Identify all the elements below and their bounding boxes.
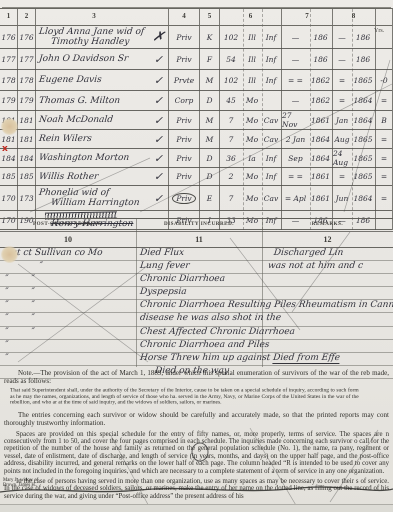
cell-arm: Inf — [262, 149, 280, 167]
column-number: 11 — [136, 235, 262, 244]
table-row: 179 179 Thomas G. Milton ✓ Corp D 45 Mo … — [0, 91, 392, 111]
cell-discharge-year: 1865 — [352, 168, 374, 185]
cell-state: Ill — [243, 26, 261, 48]
cell-check-mark: ✓ — [150, 111, 167, 129]
cell-check-mark: ✓ — [150, 70, 167, 90]
cell-length-of-service: = — [376, 149, 392, 167]
cell-company: M — [200, 130, 219, 148]
cell-discharge-year: 1865 — [352, 70, 374, 90]
lower-rows: Put ct Sullivan co MoDied Flux Discharge… — [0, 248, 393, 379]
cell-company: F — [200, 49, 219, 69]
cell-enlist-year: 1864 — [310, 130, 331, 148]
disability-entry: Chronic Diarrhoea Resulting Piles Rheuma… — [139, 300, 393, 310]
column-number: 10 — [0, 235, 136, 244]
example-line: Brown, James H., — [3, 483, 37, 488]
column-number: 3 — [36, 12, 152, 20]
post-office-entry: ″ — [4, 340, 8, 350]
column-number: 1 — [0, 12, 17, 20]
punch-hole-stain — [1, 118, 18, 135]
cell-regiment: 7 — [220, 130, 242, 148]
column-number: 8 — [333, 12, 374, 20]
punch-hole-stain — [1, 246, 18, 263]
cell-family-number: 181 — [18, 111, 35, 129]
cell-discharge-day: — — [333, 26, 351, 48]
cell-rank: Corp — [169, 91, 199, 110]
name-line: Timothy Handley — [38, 37, 129, 47]
cell-discharge-day: 24 Aug — [333, 149, 351, 167]
table-row: 181 181 Noah McDonald ✓ Priv M 7 Mo Cav … — [0, 111, 392, 130]
name-line: Washington Morton — [38, 153, 129, 163]
section-number-row: 10 11 12 — [0, 232, 393, 248]
name-line: Eugene Davis — [38, 75, 102, 85]
cell-house-number: 177 — [0, 49, 17, 69]
cell-enlist-year: 186 — [310, 26, 331, 48]
cell-rank: Priv — [169, 168, 199, 185]
cell-name: Noah McDonald — [36, 111, 155, 129]
cell-name: Rein Wilers — [36, 130, 155, 148]
cell-arm: Inf — [262, 70, 280, 90]
table-row: 185 185 Willis Rother ✓ Priv D 2 Mo Inf … — [0, 168, 392, 186]
column-number: 2 — [18, 12, 35, 20]
cell-house-number: 185 — [0, 168, 17, 185]
name-line: Willis Rother — [38, 172, 98, 182]
name-line: Rein Wilers — [38, 134, 92, 144]
entry-row: ″ ″disease he was also shot in the — [0, 313, 393, 326]
cell-length-of-service: = — [376, 91, 392, 110]
cell-name: John O Davidson Sr — [36, 49, 155, 69]
note-paragraph: In the case of persons having served in … — [4, 478, 389, 500]
cell-enlist-year: 1862 — [310, 91, 331, 110]
disability-entry: disease he was also shot in the — [139, 313, 281, 323]
cell-length-of-service — [376, 26, 392, 48]
section-label-row: Post-Office Address. Disability Incurred… — [0, 219, 393, 232]
cell-discharge-year: 186 — [352, 26, 374, 48]
column-number: 12 — [262, 235, 393, 244]
cell-state: Mo — [243, 186, 261, 210]
cell-enlist-day: = = — [282, 70, 309, 90]
cell-arm: Cav — [262, 186, 280, 210]
cell-state: Mo — [243, 111, 261, 129]
cell-regiment: 45 — [220, 91, 242, 110]
note-paragraph: The entries concerning each survivor or … — [4, 411, 389, 427]
cell-discharge-day: = — [333, 168, 351, 185]
cell-house-number: 179 — [0, 91, 17, 110]
printed-notes: Note.—The provision of the act of March … — [0, 369, 393, 503]
cell-company: K — [200, 26, 219, 48]
disability-entry: Horse Threw him up against Died from Eff… — [139, 353, 340, 363]
cell-enlist-day: 27 Nov — [282, 111, 309, 129]
cell-regiment: 102 — [220, 26, 242, 48]
note-paragraph: Spaces are provided on this special sche… — [4, 431, 389, 475]
cell-enlist-day: = Apl — [282, 186, 309, 210]
cell-rank: Priv — [169, 130, 199, 148]
disability-text: Horse Threw him up against — [139, 353, 273, 363]
post-office-entry: Put ct Sullivan co Mo — [4, 248, 103, 258]
column-number: 5 — [200, 12, 219, 20]
cell-discharge-day: Jan — [333, 111, 351, 129]
cell-family-number: 178 — [18, 70, 35, 90]
post-office-entry: ″ ″ — [4, 300, 35, 310]
page-bottom-edge — [0, 504, 393, 512]
cell-name: Eugene Davis — [36, 70, 155, 90]
cell-enlist-year: 1861 — [310, 111, 331, 129]
cell-regiment: 36 — [220, 149, 242, 167]
cell-rank: Priv — [169, 111, 199, 129]
cell-discharge-day: Aug — [333, 130, 351, 148]
underlined-text: Died from Effe — [272, 353, 340, 364]
column-number: 6 — [220, 12, 281, 20]
cell-arm: Cav — [262, 130, 280, 148]
column-number: 7 — [282, 12, 332, 20]
cell-enlist-day: Sep — [282, 149, 309, 167]
cell-house-number: 178 — [0, 70, 17, 90]
cell-discharge-day: — — [333, 49, 351, 69]
cell-state: Ia — [243, 149, 261, 167]
cell-length-of-service: = — [376, 186, 392, 210]
cell-regiment: 7 — [220, 186, 242, 210]
cell-family-number: 176 — [18, 26, 35, 48]
cell-name: Phonelia wid ofWilliam Harrington — [36, 186, 155, 210]
cell-enlist-day: = = — [282, 168, 309, 185]
disability-entry: Lung fever — [139, 261, 190, 271]
cell-name: Thomas G. Milton — [36, 91, 155, 110]
name-line: William Harrington — [38, 198, 140, 208]
cell-arm: Inf — [262, 26, 280, 48]
disability-entry: Chest Affected Chronic Diarrhoea — [139, 327, 295, 337]
cell-regiment: 54 — [220, 49, 242, 69]
post-office-address-label: Post-Office Address. — [10, 221, 126, 226]
cell-company: E — [200, 186, 219, 210]
circled-rank: Priv — [172, 193, 195, 204]
cell-length-of-service: B — [376, 111, 392, 129]
cell-arm: Cav — [262, 111, 280, 129]
table-row: 176 176 Lloyd Anna Jane wid ofTimothy Ha… — [0, 26, 392, 49]
table-row: 184 184 Washington Morton ✓ Priv D 36 Ia… — [0, 149, 392, 168]
cell-enlist-day: — — [282, 26, 309, 48]
table-row: 177 177 John O Davidson Sr ✓ Priv F 54 I… — [0, 49, 392, 70]
table-header-row: 1 2 3 4 5 6 7 8 — [0, 9, 392, 26]
cell-discharge-day: Jun — [333, 186, 351, 210]
post-office-entry: ″ ″ — [4, 287, 35, 297]
cell-check-mark: ✓ — [150, 186, 167, 210]
cell-enlist-year: 186 — [310, 49, 331, 69]
disability-entry: Dyspepsia — [139, 287, 187, 297]
name-line: John O Davidson Sr — [38, 54, 128, 64]
cell-company: D — [200, 91, 219, 110]
entry-row: Put ct Sullivan co MoDied Flux Discharge… — [0, 248, 393, 261]
remarks-label: Remarks. — [272, 221, 383, 226]
cell-regiment: 7 — [220, 111, 242, 129]
post-office-entry: ″ ″ — [4, 327, 35, 337]
cell-family-number: 185 — [18, 168, 35, 185]
entry-row: ″Lung feverwas not at him and c — [0, 261, 393, 274]
cell-check-mark: ✗ — [149, 25, 169, 49]
entry-row: ″ ″Chronic Diarrhoea Resulting Piles Rhe… — [0, 300, 393, 313]
table-row: 178 178 Eugene Davis ✓ Prvte M 102 Ill I… — [0, 70, 392, 91]
cell-name: Willis Rother — [36, 168, 155, 185]
statute-excerpt: That said Superintendent shall, under th… — [10, 388, 359, 406]
post-office-entry: ″ ″ — [4, 313, 35, 323]
remarks-entry: Discharged Lin — [267, 248, 343, 258]
cell-regiment: 102 — [220, 70, 242, 90]
cell-house-number: 170 — [0, 186, 17, 210]
name-line: Phonelia wid of — [38, 188, 109, 198]
cell-check-mark: ✓ — [150, 49, 167, 69]
cell-house-number: 176 — [0, 26, 17, 48]
cell-enlist-year: 1861 — [310, 168, 331, 185]
cell-check-mark: ✓ — [150, 149, 167, 167]
cell-family-number: 181 — [18, 130, 35, 148]
cell-family-number: 177 — [18, 49, 35, 69]
post-office-entry: ″ ″ — [4, 274, 35, 284]
cell-enlist-day: 2 Jan — [282, 130, 309, 148]
cell-arm — [262, 91, 280, 110]
cell-enlist-year: 1861 — [310, 186, 331, 210]
name-line: Noah McDonald — [38, 115, 113, 125]
cell-length-of-service: = — [376, 130, 392, 148]
cell-state: Mo — [243, 168, 261, 185]
cell-rank: Priv — [169, 149, 199, 167]
cell-check-mark: ✓ — [150, 130, 167, 148]
entry-row: ″Chronic Diarrhoea and Piles — [0, 340, 393, 353]
cell-company: M — [200, 111, 219, 129]
cell-discharge-year: 1864 — [352, 111, 374, 129]
cell-enlist-year: 1862 — [310, 70, 331, 90]
table-row: 170 173 Phonelia wid ofWilliam Harringto… — [0, 186, 392, 211]
cell-check-mark: ✓ — [150, 91, 167, 110]
remarks-entry: was not at him and c — [267, 261, 363, 271]
name-line: Thomas G. Milton — [38, 96, 120, 106]
cell-rank: Priv — [169, 49, 199, 69]
cell-enlist-day: — — [282, 91, 309, 110]
cell-family-number: 173 — [18, 186, 35, 210]
veterans-table: Yrs. 1 2 3 4 5 6 7 8 176 176 Lloyd Anna … — [0, 8, 393, 230]
table-row: 181 181 Rein Wilers ✓ Priv M 7 Mo Cav 2 … — [0, 130, 392, 149]
cell-enlist-year: 1864 — [310, 149, 331, 167]
cell-family-number: 179 — [18, 91, 35, 110]
disability-incurred-label: Disability Incurred. — [145, 221, 252, 226]
post-office-entry: ″ — [4, 353, 8, 363]
cell-name: Lloyd Anna Jane wid ofTimothy Handley — [36, 26, 155, 48]
cell-discharge-year: 1864 — [352, 186, 374, 210]
cell-company: D — [200, 149, 219, 167]
cell-length-of-service: = — [376, 168, 392, 185]
disability-entry: Chronic Diarrhoea and Piles — [139, 340, 269, 350]
cell-state: Mo — [243, 130, 261, 148]
cell-rank: Prvte — [169, 70, 199, 90]
entry-row: ″ ″Dyspepsia — [0, 287, 393, 300]
cell-length-of-service — [376, 49, 392, 69]
cell-state: Mo — [243, 91, 261, 110]
cell-enlist-day: — — [282, 49, 309, 69]
cell-discharge-year: 186 — [352, 49, 374, 69]
cell-rank: Priv — [169, 186, 199, 210]
name-line: Lloyd Anna Jane wid of — [38, 27, 144, 37]
cell-rank: Priv — [169, 26, 199, 48]
cell-discharge-day: = — [333, 70, 351, 90]
red-x-mark: x — [2, 144, 8, 154]
cell-length-of-service: -0 — [376, 70, 392, 90]
widow-entry-example: Mary J., widow ofBrown, James H., — [3, 478, 38, 488]
census-schedule-page: Yrs. 1 2 3 4 5 6 7 8 176 176 Lloyd Anna … — [0, 0, 393, 512]
entry-row: ″Horse Threw him up against Died from Ef… — [0, 353, 393, 366]
cell-discharge-year: 1865 — [352, 130, 374, 148]
column-number: 4 — [169, 12, 199, 20]
disability-entry: Chronic Diarrhoea — [139, 274, 225, 284]
lower-half-section: Post-Office Address. Disability Incurred… — [0, 218, 393, 367]
cell-check-mark: ✓ — [150, 168, 167, 185]
cell-discharge-day: = — [333, 91, 351, 110]
note-paragraph: Note.—The provision of the act of March … — [4, 369, 389, 385]
cell-family-number: 184 — [18, 149, 35, 167]
entry-row: ″ ″Chronic Diarrhoea — [0, 274, 393, 287]
cell-company: M — [200, 70, 219, 90]
cell-state: Ill — [243, 70, 261, 90]
cell-arm: Inf — [262, 49, 280, 69]
entry-row: ″ ″Chest Affected Chronic Diarrhoea — [0, 327, 393, 340]
cell-regiment: 2 — [220, 168, 242, 185]
cell-company: D — [200, 168, 219, 185]
cell-name: Washington Morton — [36, 149, 155, 167]
cell-state: Ill — [243, 49, 261, 69]
cell-discharge-year: 1865 — [352, 149, 374, 167]
cell-arm: Inf — [262, 168, 280, 185]
cell-discharge-year: 1864 — [352, 91, 374, 110]
disability-entry: Died Flux — [139, 248, 184, 258]
